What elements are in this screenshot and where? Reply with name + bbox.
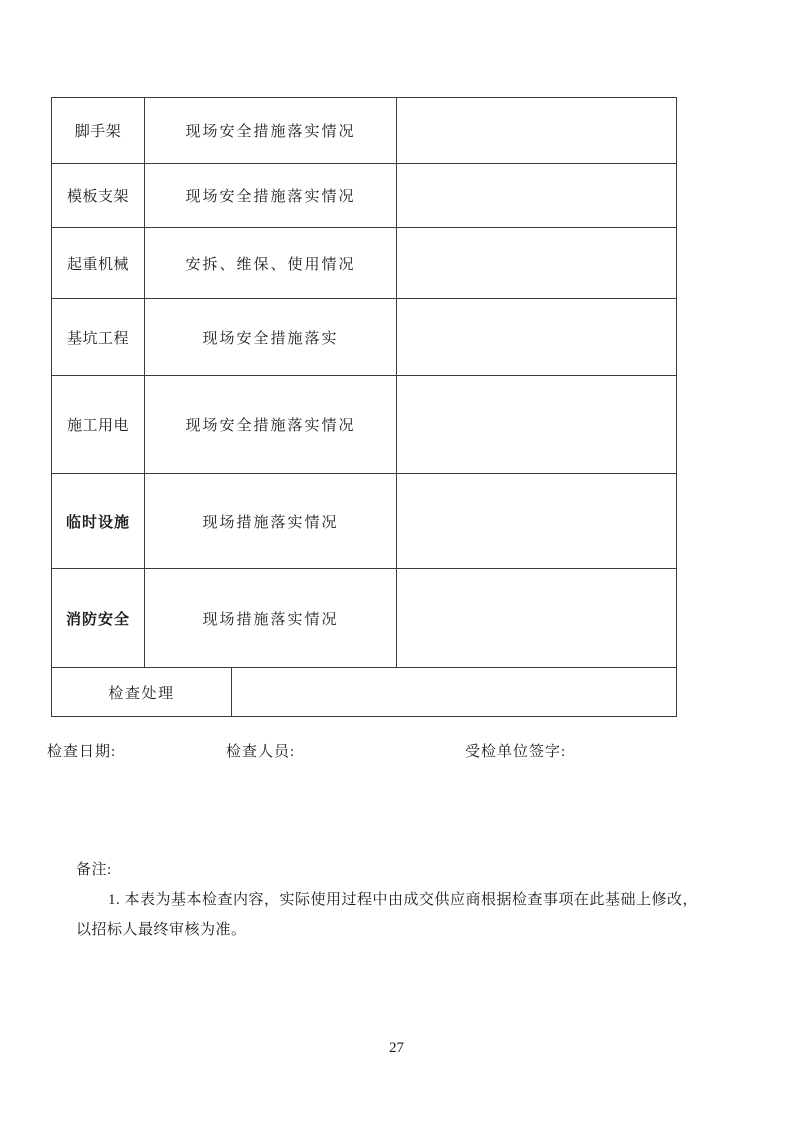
result-cell <box>397 474 677 569</box>
table-row: 临时设施 现场措施落实情况 <box>52 474 677 569</box>
result-cell <box>397 376 677 474</box>
item-cell: 施工用电 <box>52 376 145 474</box>
measure-cell: 现场安全措施落实情况 <box>145 164 397 228</box>
remarks-title: 备注: <box>76 855 726 885</box>
remarks-line: 以招标人最终审核为准。 <box>76 915 726 945</box>
item-cell: 起重机械 <box>52 228 145 299</box>
measure-cell: 现场安全措施落实情况 <box>145 376 397 474</box>
inspector-label: 检查人员: <box>226 740 295 761</box>
item-cell: 脚手架 <box>52 98 145 164</box>
inspection-table: 脚手架 现场安全措施落实情况 模板支架 现场安全措施落实情况 起重机械 安拆、维… <box>51 97 677 717</box>
item-cell: 基坑工程 <box>52 299 145 376</box>
remarks-section: 备注: 1. 本表为基本检查内容，实际使用过程中由成交供应商根据检查事项在此基础… <box>76 855 726 945</box>
footer-value-cell <box>232 668 677 717</box>
result-cell <box>397 569 677 668</box>
result-cell <box>397 164 677 228</box>
table-row: 施工用电 现场安全措施落实情况 <box>52 376 677 474</box>
measure-cell: 现场安全措施落实 <box>145 299 397 376</box>
page-number: 27 <box>0 1040 793 1057</box>
inspected-unit-signature-label: 受检单位签字: <box>465 740 566 761</box>
measure-cell: 安拆、维保、使用情况 <box>145 228 397 299</box>
footer-label-cell: 检查处理 <box>52 668 232 717</box>
measure-cell: 现场安全措施落实情况 <box>145 98 397 164</box>
table-footer-row: 检查处理 <box>52 668 677 717</box>
inspection-date-label: 检查日期: <box>47 740 116 761</box>
result-cell <box>397 228 677 299</box>
item-cell: 模板支架 <box>52 164 145 228</box>
result-cell <box>397 299 677 376</box>
document-page: 脚手架 现场安全措施落实情况 模板支架 现场安全措施落实情况 起重机械 安拆、维… <box>0 0 793 1122</box>
table-row: 基坑工程 现场安全措施落实 <box>52 299 677 376</box>
result-cell <box>397 98 677 164</box>
table-row: 脚手架 现场安全措施落实情况 <box>52 98 677 164</box>
remarks-line: 1. 本表为基本检查内容，实际使用过程中由成交供应商根据检查事项在此基础上修改， <box>76 885 726 915</box>
table-row: 消防安全 现场措施落实情况 <box>52 569 677 668</box>
table-row: 起重机械 安拆、维保、使用情况 <box>52 228 677 299</box>
item-cell: 消防安全 <box>52 569 145 668</box>
measure-cell: 现场措施落实情况 <box>145 569 397 668</box>
table-row: 模板支架 现场安全措施落实情况 <box>52 164 677 228</box>
measure-cell: 现场措施落实情况 <box>145 474 397 569</box>
item-cell: 临时设施 <box>52 474 145 569</box>
